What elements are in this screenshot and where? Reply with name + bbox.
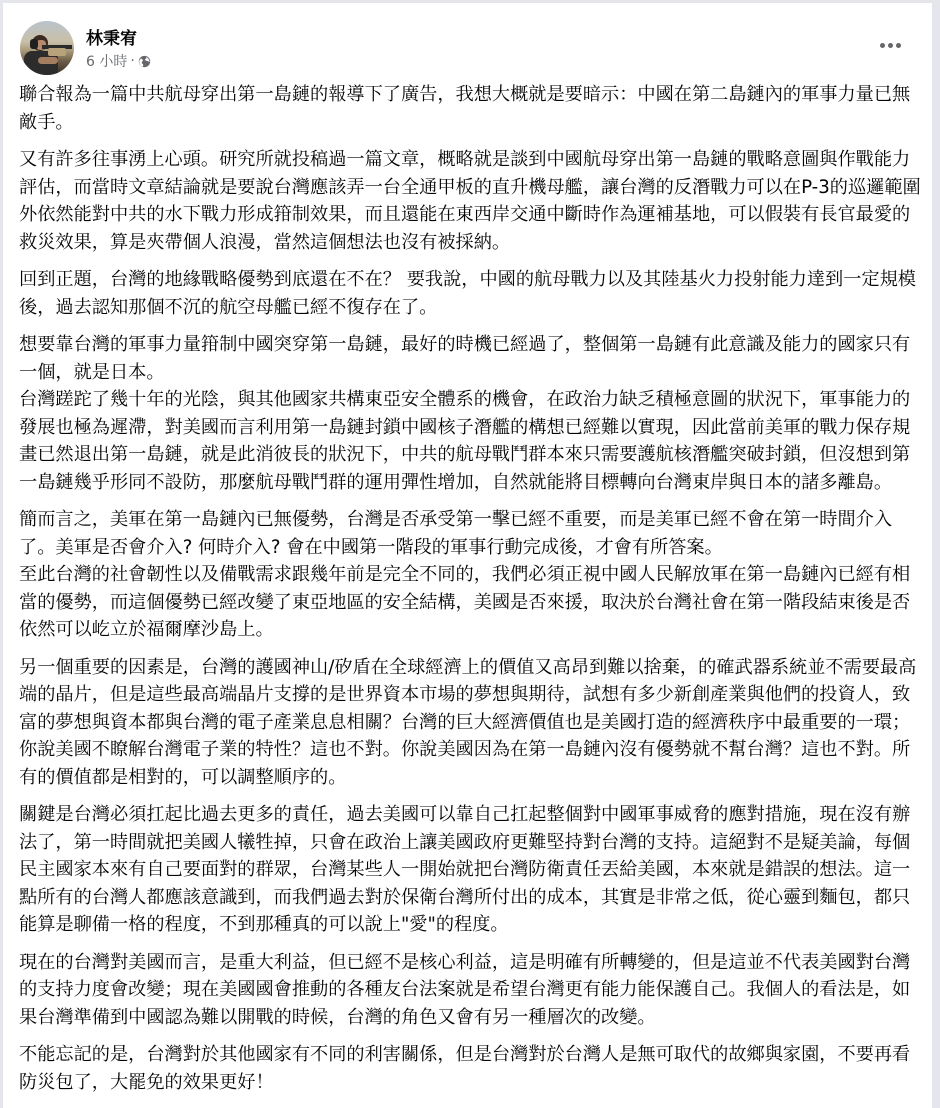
post-card: 林秉宥 6 小時 · 聯合報為一篇中共航母穿出第一島鏈的報導下了廣告，我想大概就…	[3, 3, 932, 1108]
post-paragraph: 另一個重要的因素是，台灣的護國神山/矽盾在全球經濟上的價值又高昂到難以捨棄，的確…	[19, 654, 921, 792]
meta-separator: ·	[130, 53, 134, 69]
post-paragraph: 不能忘記的是，台灣對於其他國家有不同的利害關係，但是台灣對於台灣人是無可取代的故…	[19, 1041, 921, 1096]
author-name[interactable]: 林秉宥	[86, 24, 137, 49]
post-header: 林秉宥 6 小時 ·	[18, 19, 918, 75]
post-paragraph: 又有許多往事湧上心頭。研究所就投稿過一篇文章，概略就是談到中國航母穿出第一島鏈的…	[19, 146, 921, 256]
more-dot-icon	[880, 43, 885, 48]
post-body: 聯合報為一篇中共航母穿出第一島鏈的報導下了廣告，我想大概就是要暗示：中國在第二島…	[19, 81, 921, 1106]
more-dot-icon	[896, 43, 901, 48]
post-paragraph: 想要靠台灣的軍事力量箝制中國突穿第一島鏈，最好的時機已經過了，整個第一島鏈有此意…	[19, 331, 921, 496]
post-paragraph: 回到正題，台灣的地緣戰略優勢到底還在不在？ 要我說，中國的航母戰力以及其陸基火力…	[19, 266, 921, 321]
post-timestamp[interactable]: 6 小時	[86, 51, 127, 71]
post-paragraph: 聯合報為一篇中共航母穿出第一島鏈的報導下了廣告，我想大概就是要暗示：中國在第二島…	[19, 81, 921, 136]
scrollbar[interactable]	[932, 0, 940, 1108]
globe-icon[interactable]	[138, 55, 151, 68]
avatar[interactable]	[20, 21, 74, 75]
post-meta: 6 小時 ·	[86, 51, 151, 71]
more-options-button[interactable]	[870, 33, 910, 57]
post-paragraph: 關鍵是台灣必須扛起比過去更多的責任，過去美國可以靠自己扛起整個對中國軍事威脅的應…	[19, 801, 921, 939]
post-paragraph: 簡而言之，美軍在第一島鏈內已無優勢，台灣是否承受第一擊已經不重要，而是美軍已經不…	[19, 506, 921, 644]
post-paragraph: 現在的台灣對美國而言，是重大利益，但已經不是核心利益，這是明確有所轉變的，但是這…	[19, 949, 921, 1032]
more-dot-icon	[888, 43, 893, 48]
